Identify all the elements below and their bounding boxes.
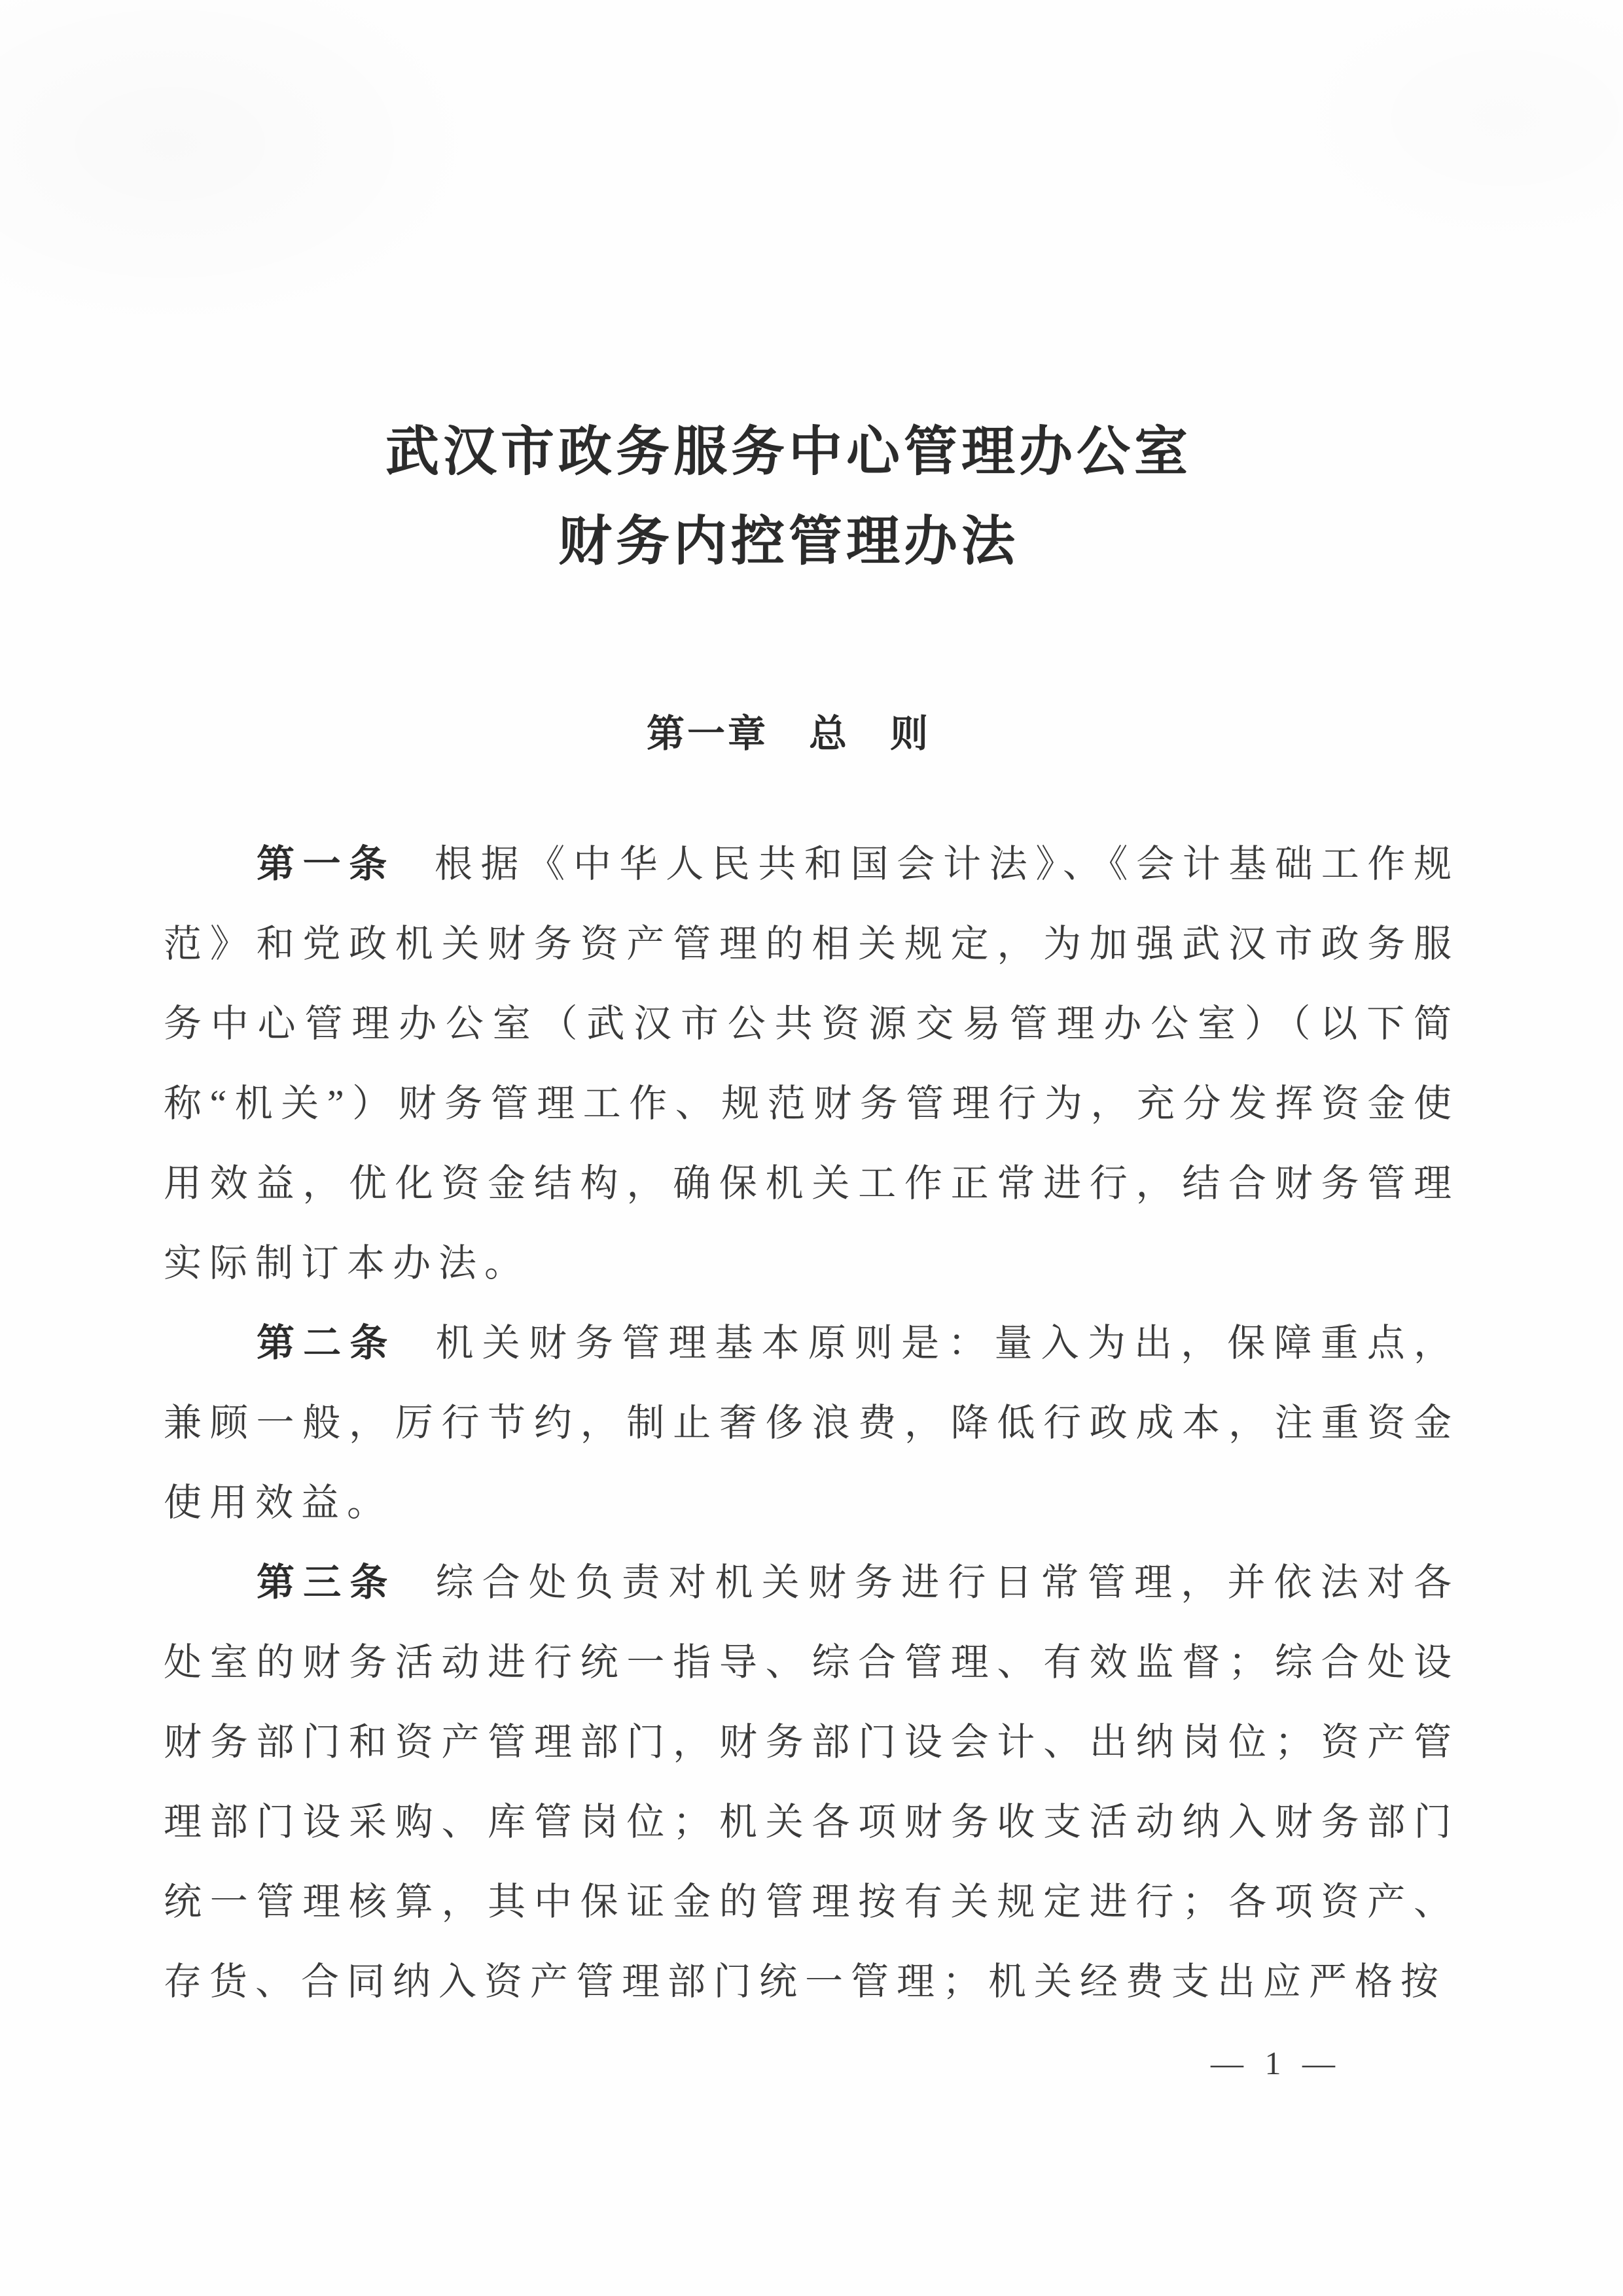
document-title-line1: 武汉市政务服务中心管理办公室 (0, 407, 1577, 497)
article-1-label: 第一条 (257, 843, 395, 885)
paragraph-article-3: 第三条综合处负责对机关财务进行日常管理，并依法对各处室的财务活动进行统一指导、综… (164, 1543, 1459, 2022)
document-title-line2: 财务内控管理办法 (0, 497, 1577, 586)
article-2-label: 第二条 (257, 1322, 397, 1364)
page-number: — 1 — (1211, 2040, 1342, 2086)
chapter-heading: 第一章 总 则 (0, 708, 1577, 760)
article-3-label: 第三条 (257, 1561, 397, 1604)
article-3-text: 综合处负责对机关财务进行日常管理，并依法对各处室的财务活动进行统一指导、综合管理… (164, 1561, 1459, 2003)
scanned-document-page: 武汉市政务服务中心管理办公室 财务内控管理办法 第一章 总 则 第一条根据《中华… (0, 0, 1623, 2296)
document-title: 武汉市政务服务中心管理办公室 财务内控管理办法 (0, 407, 1577, 586)
article-1-text: 根据《中华人民共和国会计法》、《会计基础工作规范》和党政机关财务资产管理的相关规… (164, 843, 1459, 1284)
paragraph-article-2: 第二条机关财务管理基本原则是：量入为出，保障重点，兼顾一般，厉行节约，制止奢侈浪… (164, 1303, 1459, 1543)
paragraph-article-1: 第一条根据《中华人民共和国会计法》、《会计基础工作规范》和党政机关财务资产管理的… (164, 824, 1459, 1303)
document-body: 第一条根据《中华人民共和国会计法》、《会计基础工作规范》和党政机关财务资产管理的… (164, 824, 1459, 2022)
